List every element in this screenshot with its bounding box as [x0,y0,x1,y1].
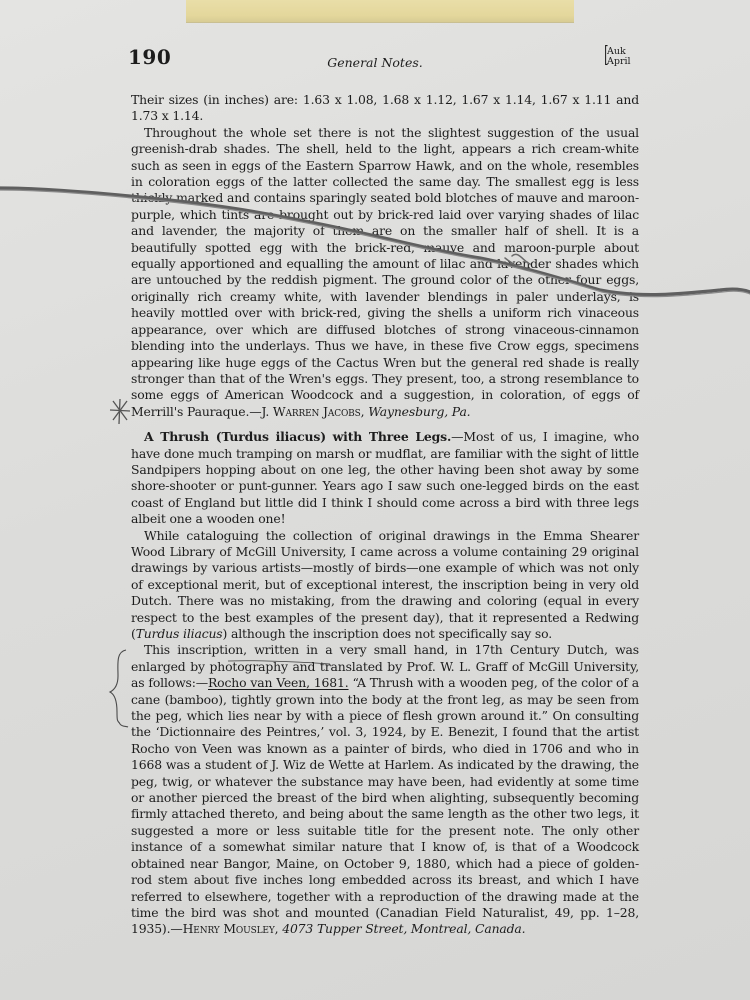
curly-brace-mark-icon [110,650,128,727]
author-name: J. Warren Jacobs [262,404,361,419]
inscription-text-continued: “A Thrush with a wooden peg, of the colo… [131,675,639,936]
cataloguing-text: While cataloguing the collection of orig… [131,528,639,641]
artist-inscription: Rocho van Veen, 1681. [208,675,349,690]
page-body: Their sizes (in inches) are: 1.63 x 1.08… [131,92,639,938]
cataloguing-paragraph: While cataloguing the collection of orig… [131,528,639,643]
thrush-intro-paragraph: A Thrush (Turdus iliacus) with Three Leg… [131,429,639,527]
egg-description-paragraph: Throughout the whole set there is not th… [131,125,639,420]
bracket-glyph: [ [604,46,608,66]
journal-reference: [ Auk April [607,47,631,67]
journal-issue: April [607,57,631,67]
inscription-paragraph: This inscription, written in a very smal… [131,642,639,937]
adhesive-tape-strip [186,0,574,23]
article-title: A Thrush (Turdus iliacus) with Three Leg… [144,429,451,444]
author-name: Henry Mousley [183,921,275,936]
author-location: Waynesburg, Pa. [368,404,470,419]
cataloguing-text-end: ) although the inscription does not spec… [223,626,552,641]
dash: — [249,404,261,419]
running-title: General Notes. [0,55,750,70]
asterisk-mark-icon [110,399,130,424]
author-address: 4073 Tupper Street, Montreal, Canada. [282,921,525,936]
egg-description-text: Throughout the whole set there is not th… [131,125,639,419]
species-name: Turdus iliacus [136,626,223,641]
dash: — [170,921,182,936]
egg-sizes-paragraph: Their sizes (in inches) are: 1.63 x 1.08… [131,92,639,125]
